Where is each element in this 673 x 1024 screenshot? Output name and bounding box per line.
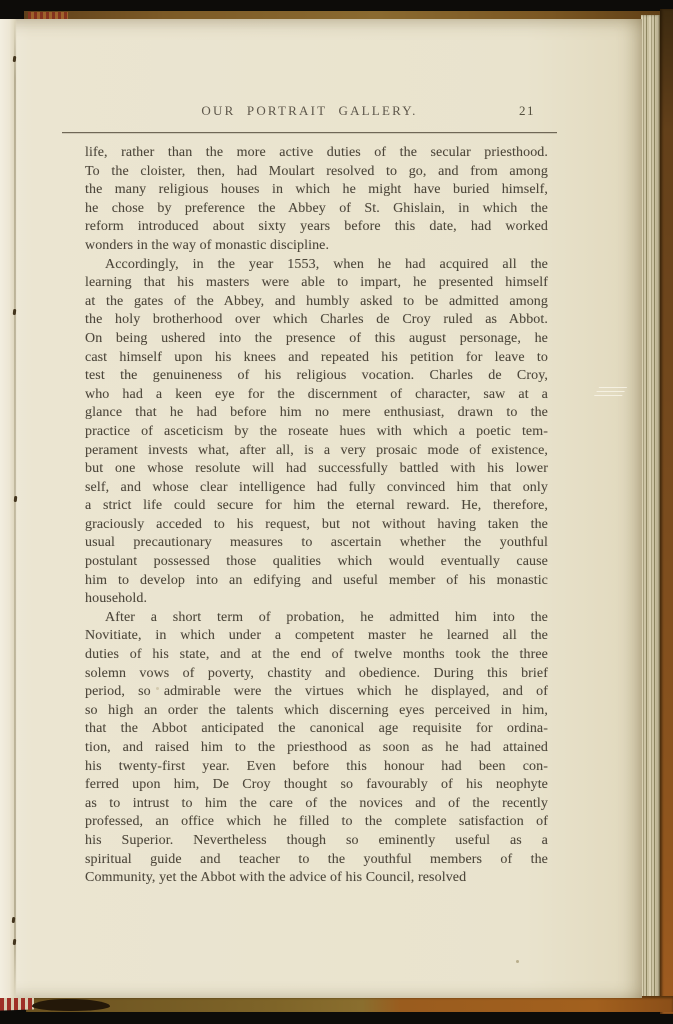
running-title: OUR PORTRAIT GALLERY. xyxy=(201,103,417,118)
text-line: Accordingly, in the year 1553, when he h… xyxy=(85,256,548,275)
text-line: reform introduced about sixty years befo… xyxy=(85,218,548,237)
book-cover-right-edge xyxy=(660,9,673,1014)
book-cover-bottom-edge xyxy=(26,996,673,1012)
text-line: his Superior. Nevertheless though so emi… xyxy=(85,832,548,851)
body-text: life, rather than the more active duties… xyxy=(85,144,548,888)
text-line: he chose by preference the Abbey of St. … xyxy=(85,200,548,219)
text-line: at the gates of the Abbey, and humbly as… xyxy=(85,293,548,312)
text-line: After a short term of probation, he admi… xyxy=(85,609,548,628)
text-line: self, and whose clear intelligence had f… xyxy=(85,479,548,498)
text-line: that the Abbot anticipated the canonical… xyxy=(85,720,548,739)
text-line: household. xyxy=(85,590,548,609)
text-line: spiritual guide and teacher to the youth… xyxy=(85,851,548,870)
text-line: Novitiate, in which under a competent ma… xyxy=(85,627,548,646)
text-line: Community, yet the Abbot with the advice… xyxy=(85,869,548,888)
binding-shadow xyxy=(32,999,110,1011)
page-edge-stack xyxy=(641,15,660,1008)
header-rule xyxy=(62,132,557,133)
text-line: him to develop into an edifying and usef… xyxy=(85,572,548,591)
text-line: duties of his state, and at the end of t… xyxy=(85,646,548,665)
text-line: ferred upon him, De Croy thought so favo… xyxy=(85,776,548,795)
text-line: who had a keen eye for the discernment o… xyxy=(85,386,548,405)
text-line: perament invests what, after all, is a v… xyxy=(85,442,548,461)
book-page: OUR PORTRAIT GALLERY. 21 life, rather th… xyxy=(0,19,642,998)
gutter-crease xyxy=(14,19,16,998)
text-line: graciously acceded to his request, but n… xyxy=(85,516,548,535)
text-line: as to intrust to him the care of the nov… xyxy=(85,795,548,814)
text-line: tion, and raised him to the priesthood a… xyxy=(85,739,548,758)
text-line: cast himself upon his knees and repeated… xyxy=(85,349,548,368)
text-line: the holy brotherhood over which Charles … xyxy=(85,311,548,330)
text-line: On being ushered into the presence of th… xyxy=(85,330,548,349)
page-number: 21 xyxy=(519,103,535,119)
paper-speck xyxy=(516,960,519,963)
text-line: usual precautionary measures to ascertai… xyxy=(85,534,548,553)
text-line: wonders in the way of monastic disciplin… xyxy=(85,237,548,256)
text-line: period, so admirable were the virtues wh… xyxy=(85,683,548,702)
paper-scratch-mark xyxy=(593,387,627,398)
text-line: glance that he had before him no mere en… xyxy=(85,404,548,423)
text-line: professed, an office which he filled to … xyxy=(85,813,548,832)
text-line: test the genuineness of his religious vo… xyxy=(85,367,548,386)
text-line: solemn vows of poverty, chastity and obe… xyxy=(85,665,548,684)
text-line: learning that his masters were able to i… xyxy=(85,274,548,293)
text-line: practice of asceticism by the roseate hu… xyxy=(85,423,548,442)
text-line: a strict life could secure for him the e… xyxy=(85,497,548,516)
text-line: the many religious houses in which he mi… xyxy=(85,181,548,200)
text-line: To the cloister, then, had Moulart resol… xyxy=(85,163,548,182)
text-line: life, rather than the more active duties… xyxy=(85,144,548,163)
text-line: so high an order the talents which disce… xyxy=(85,702,548,721)
scanned-book-photo: OUR PORTRAIT GALLERY. 21 life, rather th… xyxy=(0,0,673,1024)
text-line: postulant possessed those qualities whic… xyxy=(85,553,548,572)
text-line: his twenty-first year. Even before this … xyxy=(85,758,548,777)
running-head: OUR PORTRAIT GALLERY. 21 xyxy=(62,102,557,118)
text-line: but one whose resolute will had successf… xyxy=(85,460,548,479)
